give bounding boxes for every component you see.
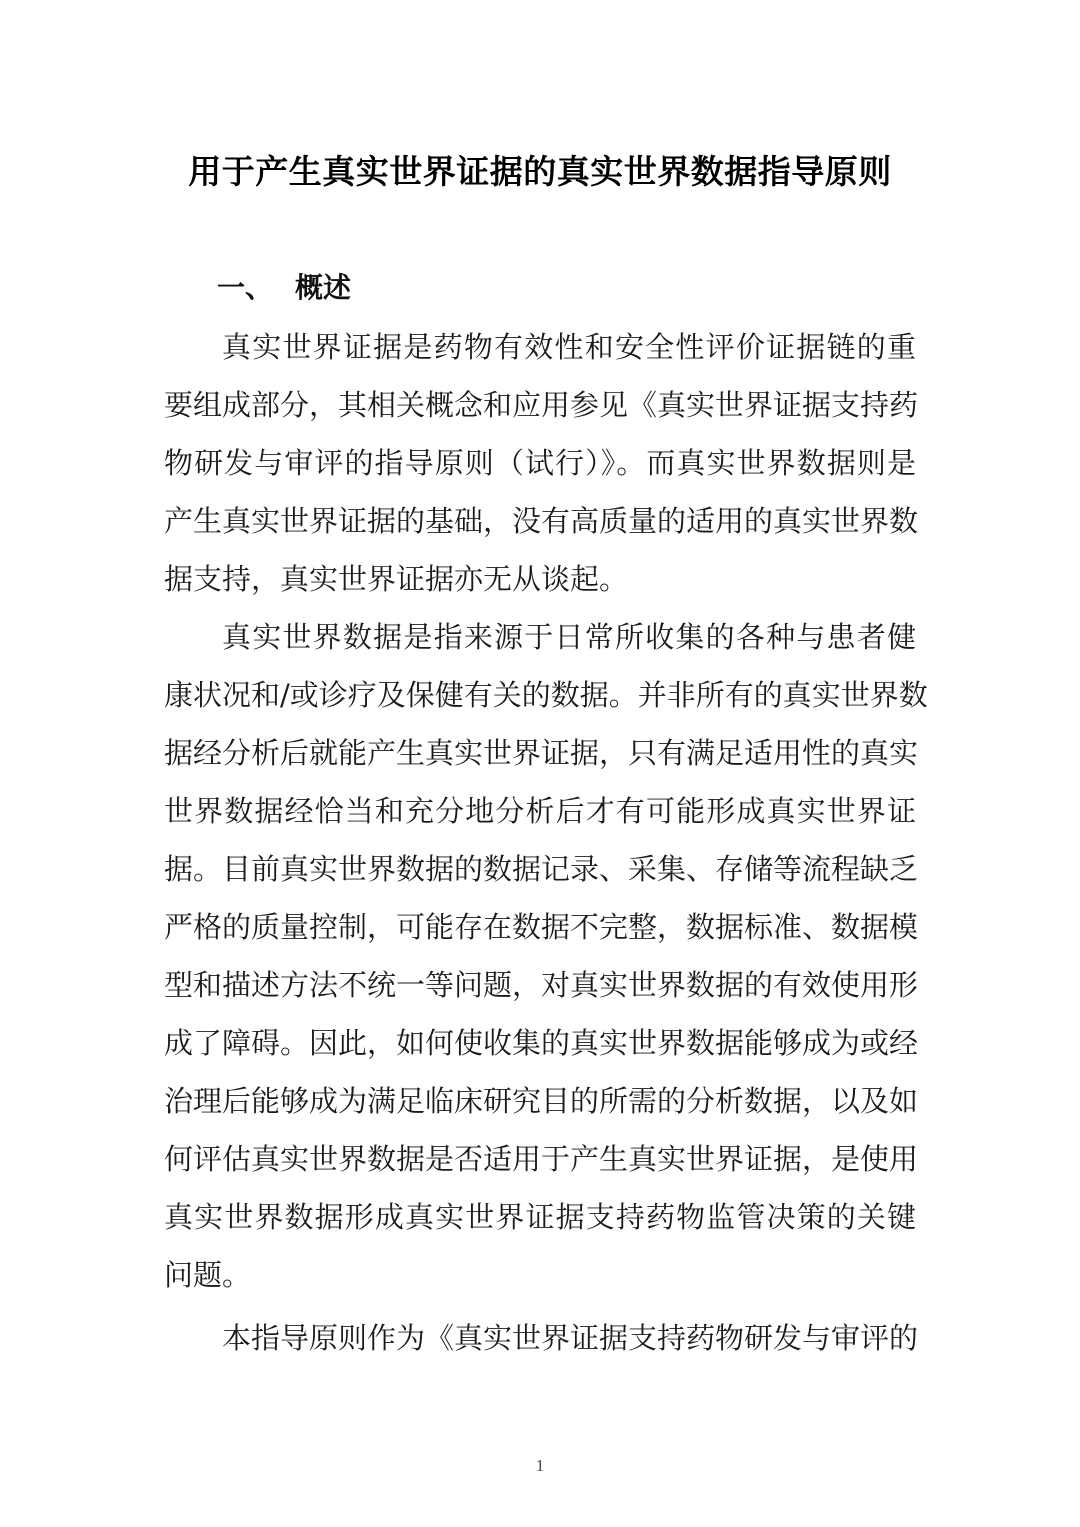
text-line: 据支持，真实世界证据亦无从谈起。 — [164, 559, 916, 599]
text-line: 产生真实世界证据的基础，没有高质量的适用的真实世界数 — [164, 501, 916, 541]
text-line: 问题。 — [164, 1255, 916, 1295]
text-line: 康状况和/或诊疗及保健有关的数据。并非所有的真实世界数 — [164, 675, 916, 715]
text-line: 世界数据经恰当和充分地分析后才有可能形成真实世界证 — [164, 791, 916, 831]
text-line: 物研发与审评的指导原则（试行）》。而真实世界数据则是 — [164, 443, 916, 483]
section-heading: 一、概述 — [217, 266, 351, 306]
document-page: 用于产生真实世界证据的真实世界数据指导原则 一、概述 真实世界证据是药物有效性和… — [0, 0, 1080, 1527]
text-line: 严格的质量控制，可能存在数据不完整，数据标准、数据模 — [164, 907, 916, 947]
page-number: 1 — [0, 1456, 1080, 1476]
document-title: 用于产生真实世界证据的真实世界数据指导原则 — [0, 146, 1080, 193]
section-title: 概述 — [295, 271, 351, 304]
text-line: 何评估真实世界数据是否适用于产生真实世界证据，是使用 — [164, 1139, 916, 1179]
text-line: 据经分析后就能产生真实世界证据，只有满足适用性的真实 — [164, 733, 916, 773]
text-line: 真实世界数据形成真实世界证据支持药物监管决策的关键 — [164, 1197, 916, 1237]
text-line: 真实世界数据是指来源于日常所收集的各种与患者健 — [222, 617, 916, 657]
text-line: 成了障碍。因此，如何使收集的真实世界数据能够成为或经 — [164, 1023, 916, 1063]
text-line: 真实世界证据是药物有效性和安全性评价证据链的重 — [222, 327, 916, 367]
section-number: 一、 — [217, 271, 273, 304]
text-line: 本指导原则作为《真实世界证据支持药物研发与审评的 — [222, 1318, 916, 1358]
text-line: 要组成部分，其相关概念和应用参见《真实世界证据支持药 — [164, 385, 916, 425]
text-line: 治理后能够成为满足临床研究目的所需的分析数据，以及如 — [164, 1081, 916, 1121]
text-line: 据。目前真实世界数据的数据记录、采集、存储等流程缺乏 — [164, 849, 916, 889]
text-line: 型和描述方法不统一等问题，对真实世界数据的有效使用形 — [164, 965, 916, 1005]
